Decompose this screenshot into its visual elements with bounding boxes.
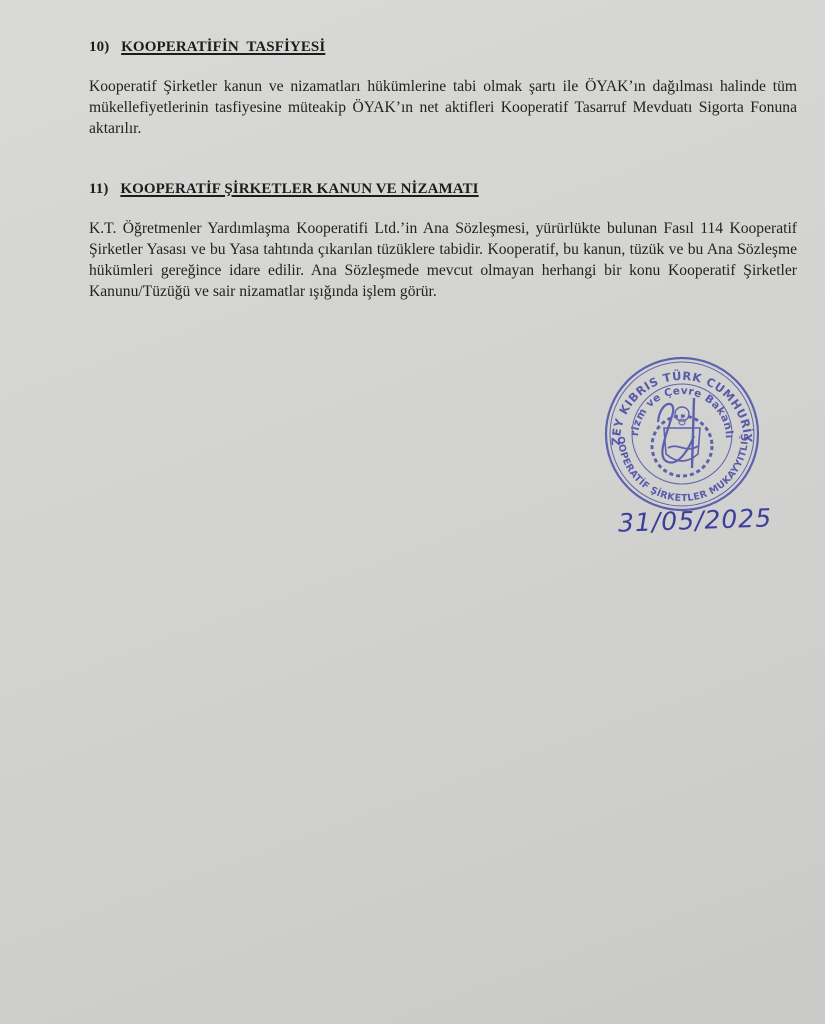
- section-heading: 11) KOOPERATİF ŞİRKETLER KANUN VE NİZAMA…: [89, 181, 797, 198]
- section-heading: 10) KOOPERATİFİN TASFİYESİ: [89, 39, 797, 56]
- section-title: KOOPERATİFİN TASFİYESİ: [121, 39, 325, 55]
- section-11: 11) KOOPERATİF ŞİRKETLER KANUN VE NİZAMA…: [89, 181, 797, 302]
- section-paragraph: K.T. Öğretmenler Yardımlaşma Kooperatifi…: [89, 218, 797, 302]
- section-10: 10) KOOPERATİFİN TASFİYESİ Kooperatif Şi…: [89, 39, 797, 139]
- section-number: 10): [89, 39, 109, 55]
- document-page: 10) KOOPERATİFİN TASFİYESİ Kooperatif Şi…: [0, 0, 825, 1024]
- section-title: KOOPERATİF ŞİRKETLER KANUN VE NİZAMATI: [120, 181, 478, 197]
- official-stamp: KUZEY KIBRIS TÜRK CUMHURİYETİ KOOPERATİF…: [598, 350, 762, 514]
- section-paragraph: Kooperatif Şirketler kanun ve nizamatlar…: [89, 76, 797, 139]
- section-number: 11): [89, 181, 108, 197]
- stamp-date: 31/05/2025: [618, 503, 773, 537]
